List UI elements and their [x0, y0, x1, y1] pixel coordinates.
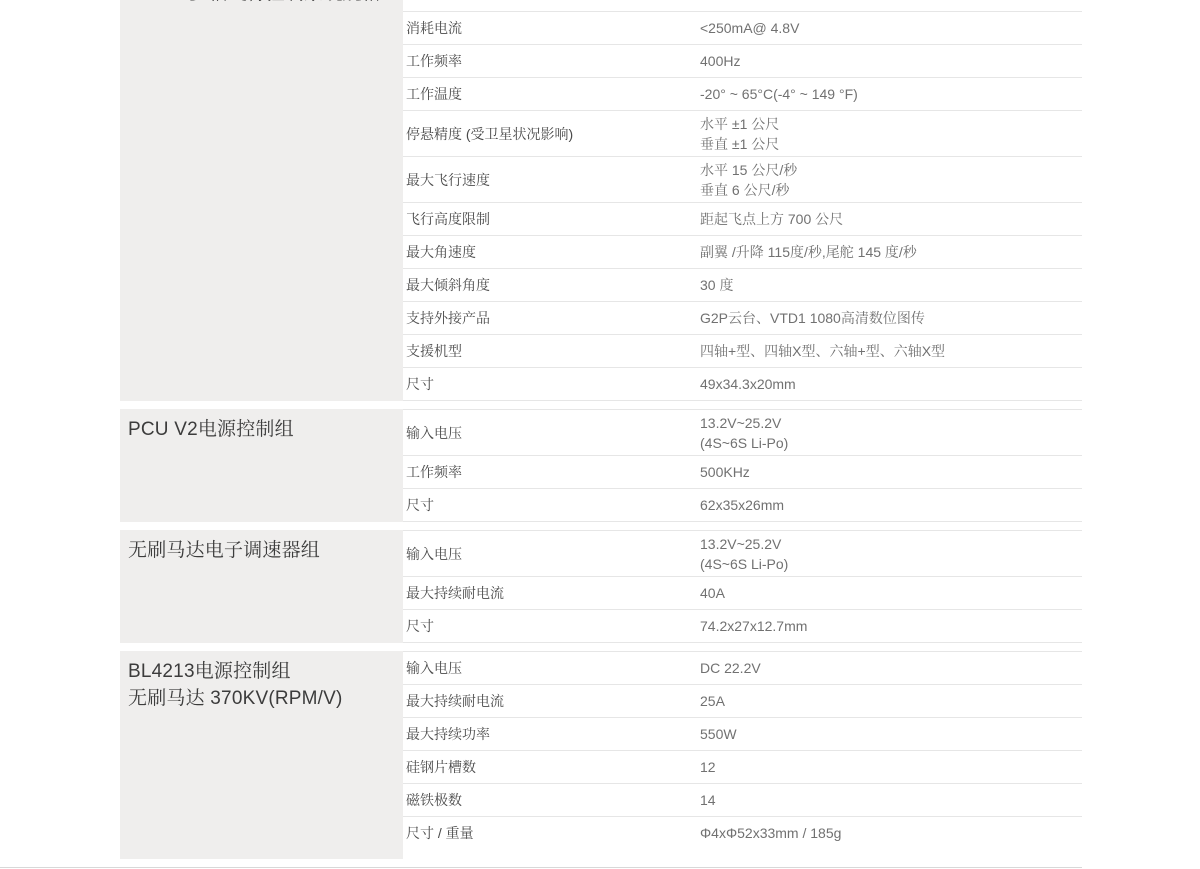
spec-row: 输入电压 13.2V~25.2V(4S~6S Li-Po) — [403, 530, 1082, 576]
spec-value: 62x35x26mm — [700, 495, 784, 515]
spec-row: 输入电压 DC 22.2V — [403, 651, 1082, 684]
spec-label: 最大持续耐电流 — [403, 692, 700, 710]
spec-value: 四轴+型、四轴X型、六轴+型、六轴X型 — [700, 341, 945, 361]
spec-section: 无刷马达电子调速器组 输入电压 13.2V~25.2V(4S~6S Li-Po)… — [120, 530, 1082, 643]
spec-section: PCU V2电源控制组 输入电压 13.2V~25.2V(4S~6S Li-Po… — [120, 409, 1082, 522]
spec-value-line: 垂直 ±1 公尺 — [700, 134, 779, 154]
spec-value-line: (4S~6S Li-Po) — [700, 554, 788, 574]
spec-value: -20° ~ 65°C(-4° ~ 149 °F) — [700, 84, 858, 104]
spec-label: 最大持续功率 — [403, 725, 700, 743]
spec-label: 飞行高度限制 — [403, 210, 700, 228]
spec-value: 12 — [700, 757, 716, 777]
spec-label: 输入电压 — [403, 545, 700, 563]
section-rows: 输入电压 13.2V~25.2V(4S~6S Li-Po) 最大持续耐电流 40… — [403, 530, 1082, 643]
spec-label: 工作频率 — [403, 52, 700, 70]
spec-value: 水平 ±1 公尺垂直 ±1 公尺 — [700, 114, 779, 154]
spec-value: Φ4xΦ52x33mm / 185g — [700, 823, 841, 843]
spec-label: 工作温度 — [403, 85, 700, 103]
spec-value-line: 49x34.3x20mm — [700, 374, 796, 394]
spec-value-line: 距起飞点上方 700 公尺 — [700, 209, 843, 229]
spec-row: 尺寸 62x35x26mm — [403, 488, 1082, 521]
spec-row: 尺寸 49x34.3x20mm — [403, 367, 1082, 400]
spec-row: 最大飞行速度 水平 15 公尺/秒垂直 6 公尺/秒 — [403, 156, 1082, 202]
spec-label: 最大飞行速度 — [403, 171, 700, 189]
spec-value-line: 500KHz — [700, 462, 750, 482]
spec-value-line: 74.2x27x12.7mm — [700, 616, 807, 636]
section-title: PCU V2电源控制组 — [128, 416, 391, 443]
spec-value-line: 13.2V~25.2V — [700, 413, 788, 433]
section-title-cell: BL4213电源控制组无刷马达 370KV(RPM/V) — [120, 651, 403, 859]
section-title: APS-M多轴飞行控制系统规格 — [128, 0, 391, 6]
spec-row: 磁铁极数 14 — [403, 783, 1082, 816]
spec-value-line: 12 — [700, 757, 716, 777]
spec-value: 40A — [700, 583, 725, 603]
spec-label: 尺寸 — [403, 375, 700, 393]
spec-row: 最大持续功率 550W — [403, 717, 1082, 750]
spec-value: 500KHz — [700, 462, 750, 482]
spec-value: G2P云台、VTD1 1080高清数位图传 — [700, 308, 925, 328]
spec-value: 13.2V~25.2V(4S~6S Li-Po) — [700, 413, 788, 453]
page-bottom-divider — [0, 867, 1082, 868]
section-rows: 消耗电流 <250mA@ 4.8V 工作频率 400Hz 工作温度 -20° ~… — [403, 0, 1082, 401]
section-rows: 输入电压 DC 22.2V 最大持续耐电流 25A 最大持续功率 550W 硅钢… — [403, 651, 1082, 859]
section-title-line: 无刷马达电子调速器组 — [128, 537, 391, 564]
spec-row: 工作温度 -20° ~ 65°C(-4° ~ 149 °F) — [403, 77, 1082, 110]
spec-value-line: 水平 15 公尺/秒 — [700, 160, 797, 180]
spec-value: 74.2x27x12.7mm — [700, 616, 807, 636]
spec-value: 49x34.3x20mm — [700, 374, 796, 394]
spec-label: 工作频率 — [403, 463, 700, 481]
spec-row: 最大倾斜角度 30 度 — [403, 268, 1082, 301]
section-rows: 输入电压 13.2V~25.2V(4S~6S Li-Po) 工作频率 500KH… — [403, 409, 1082, 522]
spec-label: 尺寸 — [403, 617, 700, 635]
spec-label: 输入电压 — [403, 659, 700, 677]
spec-label: 最大角速度 — [403, 243, 700, 261]
spec-value-line: 400Hz — [700, 51, 740, 71]
spec-value-line: DC 22.2V — [700, 658, 761, 678]
spec-section: BL4213电源控制组无刷马达 370KV(RPM/V) 输入电压 DC 22.… — [120, 651, 1082, 859]
spec-value-line: 40A — [700, 583, 725, 603]
spec-label: 支持外接产品 — [403, 309, 700, 327]
spec-row: 飞行高度限制 距起飞点上方 700 公尺 — [403, 202, 1082, 235]
spec-value-line: 副翼 /升降 115度/秒,尾舵 145 度/秒 — [700, 242, 917, 262]
spec-value-line: 垂直 6 公尺/秒 — [700, 180, 797, 200]
spec-row: 尺寸 / 重量 Φ4xΦ52x33mm / 185g — [403, 816, 1082, 849]
spec-value-line: G2P云台、VTD1 1080高清数位图传 — [700, 308, 925, 328]
section-title-cell: APS-M多轴飞行控制系统规格 — [120, 0, 403, 401]
spec-value: 550W — [700, 724, 737, 744]
spec-value-line: 25A — [700, 691, 725, 711]
spec-row: 工作频率 500KHz — [403, 455, 1082, 488]
spec-label: 停悬精度 (受卫星状况影响) — [403, 125, 700, 143]
spec-value: <250mA@ 4.8V — [700, 18, 799, 38]
spec-value-line: 30 度 — [700, 275, 733, 295]
section-title-line: 无刷马达 370KV(RPM/V) — [128, 685, 391, 712]
spec-value: 400Hz — [700, 51, 740, 71]
section-title-cell: PCU V2电源控制组 — [120, 409, 403, 522]
spec-value: 30 度 — [700, 275, 733, 295]
spec-row: 支援机型 四轴+型、四轴X型、六轴+型、六轴X型 — [403, 334, 1082, 367]
spec-label: 尺寸 — [403, 496, 700, 514]
spec-row: 停悬精度 (受卫星状况影响) 水平 ±1 公尺垂直 ±1 公尺 — [403, 110, 1082, 156]
spec-row: 最大持续耐电流 25A — [403, 684, 1082, 717]
spec-row — [403, 0, 1082, 11]
spec-value: 13.2V~25.2V(4S~6S Li-Po) — [700, 534, 788, 574]
section-title-line: BL4213电源控制组 — [128, 658, 391, 685]
section-title-line: APS-M多轴飞行控制系统规格 — [128, 0, 391, 6]
spec-row: 工作频率 400Hz — [403, 44, 1082, 77]
spec-value: 14 — [700, 790, 716, 810]
spec-value-line: 14 — [700, 790, 716, 810]
spec-value: 距起飞点上方 700 公尺 — [700, 209, 843, 229]
spec-label: 最大倾斜角度 — [403, 276, 700, 294]
spec-value: 副翼 /升降 115度/秒,尾舵 145 度/秒 — [700, 242, 917, 262]
spec-row: 最大角速度 副翼 /升降 115度/秒,尾舵 145 度/秒 — [403, 235, 1082, 268]
spec-label: 硅钢片槽数 — [403, 758, 700, 776]
spec-row: 消耗电流 <250mA@ 4.8V — [403, 11, 1082, 44]
spec-row: 尺寸 74.2x27x12.7mm — [403, 609, 1082, 642]
spec-label: 尺寸 / 重量 — [403, 824, 700, 842]
section-title-line: PCU V2电源控制组 — [128, 416, 391, 443]
spec-label: 消耗电流 — [403, 19, 700, 37]
spec-value: 25A — [700, 691, 725, 711]
spec-row: 输入电压 13.2V~25.2V(4S~6S Li-Po) — [403, 409, 1082, 455]
spec-label: 磁铁极数 — [403, 791, 700, 809]
spec-value-line: 550W — [700, 724, 737, 744]
spec-value-line: 水平 ±1 公尺 — [700, 114, 779, 134]
spec-value-line: 13.2V~25.2V — [700, 534, 788, 554]
spec-row: 最大持续耐电流 40A — [403, 576, 1082, 609]
section-title-cell: 无刷马达电子调速器组 — [120, 530, 403, 643]
spec-section: APS-M多轴飞行控制系统规格 消耗电流 <250mA@ 4.8V 工作频率 4… — [120, 0, 1082, 401]
spec-value-line: (4S~6S Li-Po) — [700, 433, 788, 453]
spec-label: 最大持续耐电流 — [403, 584, 700, 602]
spec-page: APS-M多轴飞行控制系统规格 消耗电流 <250mA@ 4.8V 工作频率 4… — [0, 0, 1200, 849]
spec-row: 支持外接产品 G2P云台、VTD1 1080高清数位图传 — [403, 301, 1082, 334]
spec-row: 硅钢片槽数 12 — [403, 750, 1082, 783]
spec-value: 水平 15 公尺/秒垂直 6 公尺/秒 — [700, 160, 797, 200]
spec-value-line: -20° ~ 65°C(-4° ~ 149 °F) — [700, 84, 858, 104]
spec-value-line: Φ4xΦ52x33mm / 185g — [700, 823, 841, 843]
spec-label: 支援机型 — [403, 342, 700, 360]
spec-value-line: 62x35x26mm — [700, 495, 784, 515]
section-title: BL4213电源控制组无刷马达 370KV(RPM/V) — [128, 658, 391, 712]
spec-value: DC 22.2V — [700, 658, 761, 678]
spec-table: APS-M多轴飞行控制系统规格 消耗电流 <250mA@ 4.8V 工作频率 4… — [120, 0, 1082, 859]
spec-label: 输入电压 — [403, 424, 700, 442]
spec-value-line: 四轴+型、四轴X型、六轴+型、六轴X型 — [700, 341, 945, 361]
section-title: 无刷马达电子调速器组 — [128, 537, 391, 564]
spec-value-line: <250mA@ 4.8V — [700, 18, 799, 38]
